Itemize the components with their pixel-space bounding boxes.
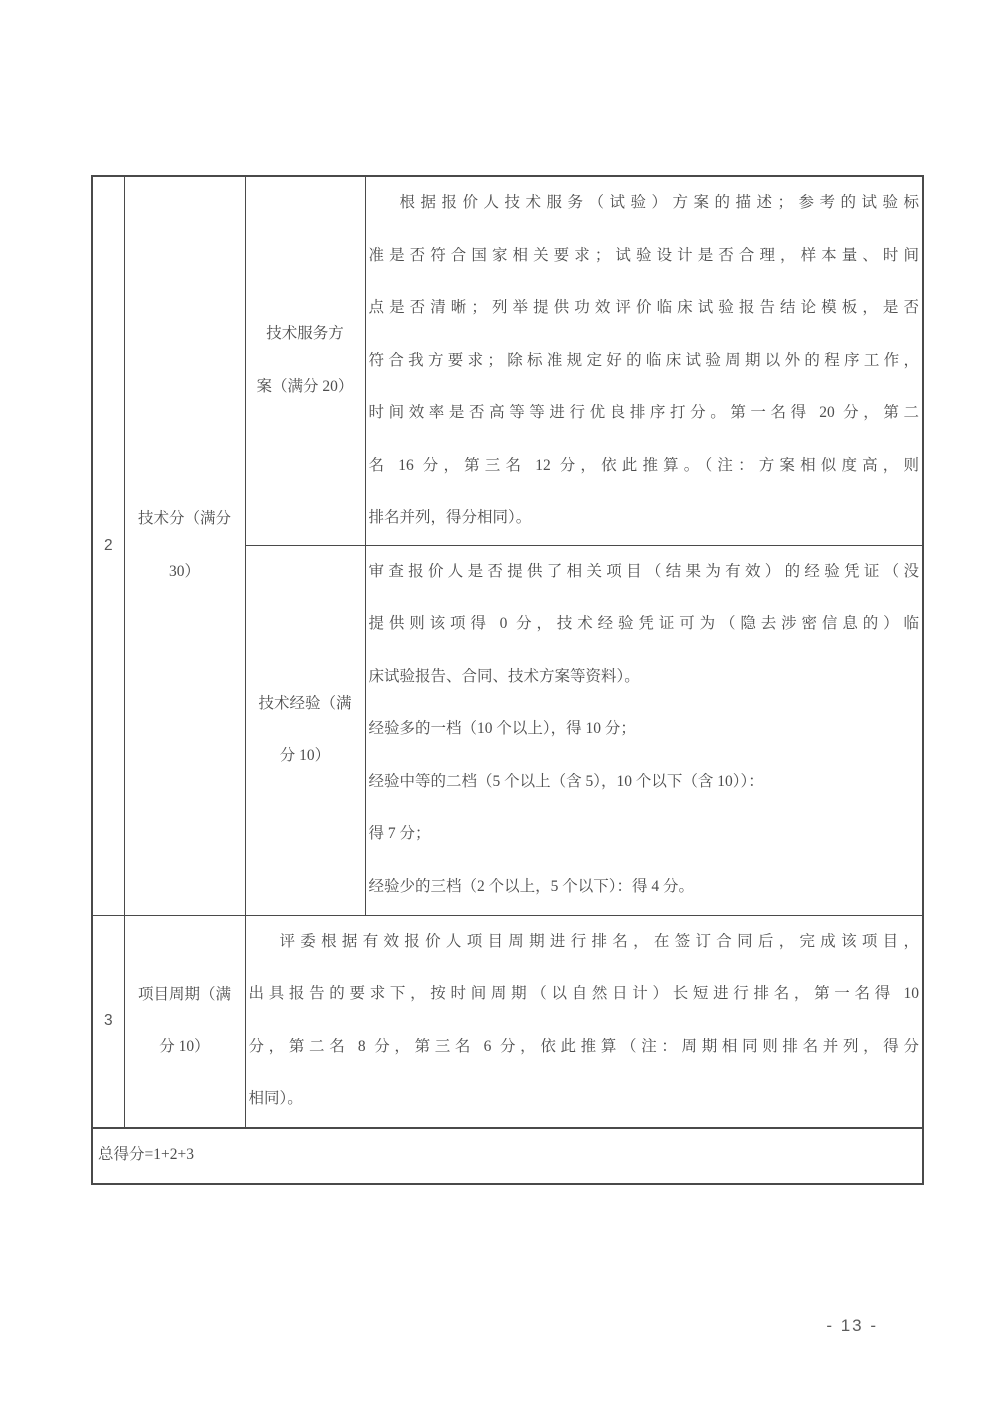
text-line: 经验少的三档（2 个以上，5 个以下）：得 4 分。 xyxy=(369,861,920,914)
text-line: 出具报告的要求下，按时间周期（以自然日计）长短进行排名，第一名得 10 xyxy=(249,968,920,1021)
text-line: 排名并列，得分相同）。 xyxy=(369,492,920,545)
evaluation-table: 2 技术分（满分 30） 技术服务方 案（满分 20） 根据报价人技术服务（试验… xyxy=(91,175,924,1185)
text-line: 经验中等的二档（5 个以上（含 5），10 个以下（含 10））： xyxy=(369,756,920,809)
text-line: 经验多的一档（10 个以上），得 10 分； xyxy=(369,703,920,756)
text-line: 名 16 分，第三名 12 分，依此推算。（注：方案相似度高，则 xyxy=(369,440,920,493)
text-line: 审查报价人是否提供了相关项目（结果为有效）的经验凭证（没 xyxy=(369,546,920,599)
text-line: 相同）。 xyxy=(249,1073,920,1126)
row3-criterion-label: 项目周期（满 分 10） xyxy=(124,915,245,1128)
text-line: 提供则该项得 0 分，技术经验凭证可为（隐去涉密信息的）临 xyxy=(369,598,920,651)
row3-index: 3 xyxy=(92,915,124,1128)
table-row: 总得分=1+2+3 xyxy=(92,1128,923,1184)
row2-index: 2 xyxy=(92,176,124,915)
row2-sub2-description: 审查报价人是否提供了相关项目（结果为有效）的经验凭证（没提供则该项得 0 分，技… xyxy=(365,545,923,915)
row3-description: 评委根据有效报价人项目周期进行排名，在签订合同后，完成该项目，出具报告的要求下，… xyxy=(245,915,923,1128)
text-line: 时间效率是否高等等进行优良排序打分。第一名得 20 分，第二 xyxy=(369,387,920,440)
document-page: 2 技术分（满分 30） 技术服务方 案（满分 20） 根据报价人技术服务（试验… xyxy=(0,0,1000,1414)
total-score-formula: 总得分=1+2+3 xyxy=(92,1128,923,1184)
text-line: 床试验报告、合同、技术方案等资料）。 xyxy=(369,651,920,704)
text-line: 评委根据有效报价人项目周期进行排名，在签订合同后，完成该项目， xyxy=(249,916,920,969)
row2-sub1-name-label: 技术服务方 案（满分 20） xyxy=(245,176,365,545)
text-line: 得 7 分； xyxy=(369,808,920,861)
text-line: 符合我方要求；除标准规定好的临床试验周期以外的程序工作， xyxy=(369,335,920,388)
row2-criterion-label: 技术分（满分 30） xyxy=(124,176,245,915)
text-line: 分，第二名 8 分，第三名 6 分，依此推算（注：周期相同则排名并列，得分 xyxy=(249,1021,920,1074)
page-number: - 13 - xyxy=(826,1316,878,1336)
table-row: 3 项目周期（满 分 10） 评委根据有效报价人项目周期进行排名，在签订合同后，… xyxy=(92,915,923,1128)
text-line: 点是否清晰；列举提供功效评价临床试验报告结论模板，是否 xyxy=(369,282,920,335)
row2-sub1-description: 根据报价人技术服务（试验）方案的描述；参考的试验标准是否符合国家相关要求；试验设… xyxy=(365,176,923,545)
text-line: 准是否符合国家相关要求；试验设计是否合理，样本量、时间 xyxy=(369,230,920,283)
text-line: 根据报价人技术服务（试验）方案的描述；参考的试验标 xyxy=(369,177,920,230)
table-row: 2 技术分（满分 30） 技术服务方 案（满分 20） 根据报价人技术服务（试验… xyxy=(92,176,923,545)
row2-sub2-name-label: 技术经验（满 分 10） xyxy=(245,545,365,915)
